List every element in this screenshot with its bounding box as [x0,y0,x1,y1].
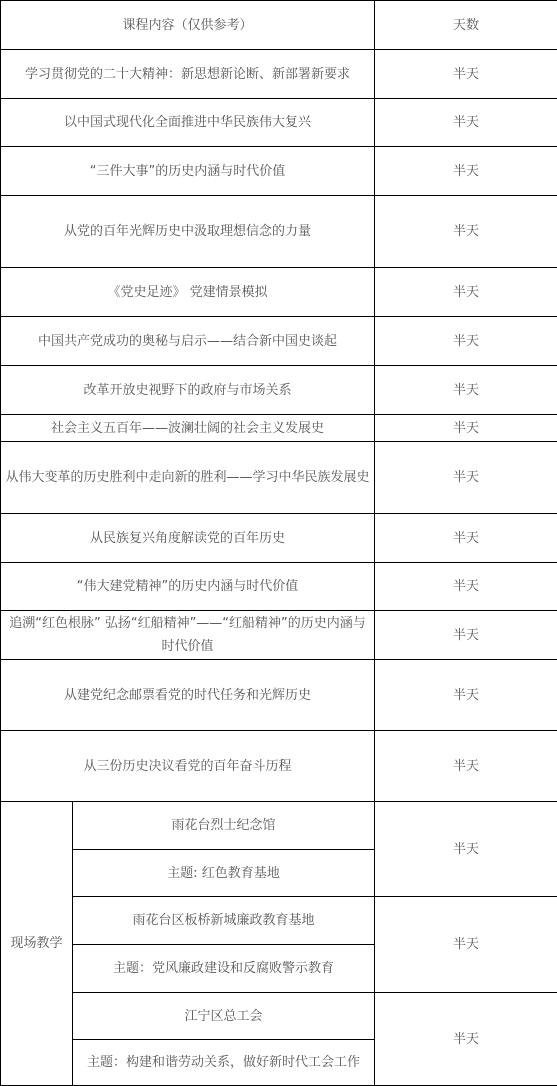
table-row: 从党的百年光辉历史中汲取理想信念的力量 半天 [1,196,557,268]
header-days: 天数 [375,1,557,50]
table-row: 从伟大变革的历史胜利中走向新的胜利——学习中华民族发展史 半天 [1,442,557,514]
table-row: “三件大事”的历史内涵与时代价值 半天 [1,147,557,196]
course-content: 以中国式现代化全面推进中华民族伟大复兴 [1,99,375,147]
course-content: 改革开放史视野下的政府与市场关系 [1,366,375,415]
field-site-theme: 主题：构建和谐劳动关系，做好新时代工会工作 [73,1040,375,1086]
table-row: 以中国式现代化全面推进中华民族伟大复兴 半天 [1,99,557,147]
course-content: 追溯“红色根脉” 弘扬“红船精神”——“红船精神”的历史内涵与时代价值 [1,611,375,660]
field-site-row: 江宁区总工会 半天 [1,993,557,1040]
course-content: 从民族复兴角度解读党的百年历史 [1,514,375,563]
field-teaching-category: 现场教学 [1,802,73,1086]
course-days: 半天 [375,196,557,268]
header-content: 课程内容（仅供参考） [1,1,375,50]
table-row: 学习贯彻党的二十大精神：新思想新论断、新部署新要求 半天 [1,50,557,99]
table-row: 从三份历史决议看党的百年奋斗历程 半天 [1,731,557,802]
table-row: 改革开放史视野下的政府与市场关系 半天 [1,366,557,415]
course-days: 半天 [375,147,557,196]
table-row: 从民族复兴角度解读党的百年历史 半天 [1,514,557,563]
field-site-name: 雨花台区板桥新城廉政教育基地 [73,897,375,945]
course-content: 社会主义五百年——波澜壮阔的社会主义发展史 [1,415,375,442]
table-row: 中国共产党成功的奥秘与启示——结合新中国史谈起 半天 [1,317,557,366]
course-days: 半天 [375,50,557,99]
course-days: 半天 [375,731,557,802]
course-days: 半天 [375,415,557,442]
header-row: 课程内容（仅供参考） 天数 [1,1,557,50]
course-content: 中国共产党成功的奥秘与启示——结合新中国史谈起 [1,317,375,366]
field-site-row: 现场教学 雨花台烈士纪念馆 半天 [1,802,557,850]
course-days: 半天 [375,317,557,366]
course-content: 从三份历史决议看党的百年奋斗历程 [1,731,375,802]
field-site-theme: 主题：党风廉政建设和反腐败警示教育 [73,945,375,993]
course-content: “伟大建党精神”的历史内涵与时代价值 [1,563,375,611]
course-days: 半天 [375,442,557,514]
course-days: 半天 [375,99,557,147]
course-table: 课程内容（仅供参考） 天数 学习贯彻党的二十大精神：新思想新论断、新部署新要求 … [0,0,557,1086]
table-row: “伟大建党精神”的历史内涵与时代价值 半天 [1,563,557,611]
course-content: 学习贯彻党的二十大精神：新思想新论断、新部署新要求 [1,50,375,99]
field-site-days: 半天 [375,993,557,1086]
course-days: 半天 [375,268,557,317]
course-content: 从建党纪念邮票看党的时代任务和光辉历史 [1,660,375,731]
course-content: “三件大事”的历史内涵与时代价值 [1,147,375,196]
course-days: 半天 [375,366,557,415]
course-days: 半天 [375,611,557,660]
course-content: 《党史足迹》 党建情景模拟 [1,268,375,317]
table-row: 社会主义五百年——波澜壮阔的社会主义发展史 半天 [1,415,557,442]
field-site-theme: 主题: 红色教育基地 [73,850,375,897]
field-site-name: 江宁区总工会 [73,993,375,1040]
table-row: 《党史足迹》 党建情景模拟 半天 [1,268,557,317]
field-site-name: 雨花台烈士纪念馆 [73,802,375,850]
course-days: 半天 [375,514,557,563]
table-row: 追溯“红色根脉” 弘扬“红船精神”——“红船精神”的历史内涵与时代价值 半天 [1,611,557,660]
field-site-row: 雨花台区板桥新城廉政教育基地 半天 [1,897,557,945]
field-site-days: 半天 [375,897,557,993]
course-days: 半天 [375,660,557,731]
course-content: 从党的百年光辉历史中汲取理想信念的力量 [1,196,375,268]
course-content: 从伟大变革的历史胜利中走向新的胜利——学习中华民族发展史 [1,442,375,514]
field-site-days: 半天 [375,802,557,897]
table-row: 从建党纪念邮票看党的时代任务和光辉历史 半天 [1,660,557,731]
course-days: 半天 [375,563,557,611]
